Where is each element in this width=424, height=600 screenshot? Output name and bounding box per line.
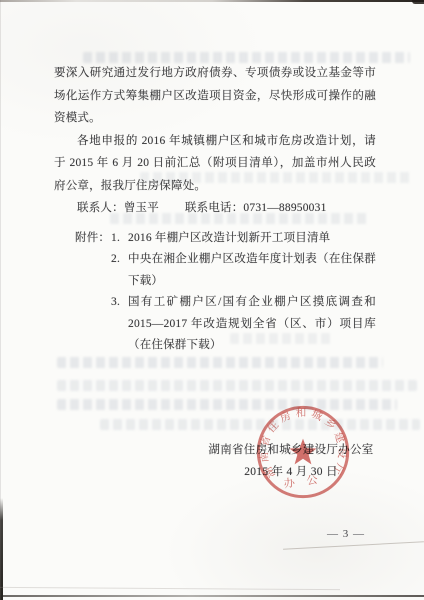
page-number: — 3 — [327,528,365,540]
attachment-item-title: 中央在湘企业棚户区改造年度计划表（在住保群下载） [128,249,376,292]
contact-person-name: 曾玉平 [124,202,159,214]
attachment-item-number: 2. [111,249,128,292]
contact-line: 联系人：曾玉平联系电话：0731—88950031 [54,197,376,220]
scan-edge-artifact-corner [412,0,424,4]
bleed-through-artifact [57,357,383,368]
paragraph-financing-continuation: 要深入研究通过发行地方政府债券、专项债券或设立基金等市场化运作方式筹集棚户区改造… [54,62,376,130]
scan-edge-artifact-bottom [0,595,424,597]
scan-edge-artifact-top [0,0,424,2]
paragraph-plan-submission: 各地申报的 2016 年城镇棚户区和城市危房改造计划，请于 2015 年 6 月… [54,130,376,198]
paper-crease-line [0,587,340,590]
attachment-item-title: 2016 年棚户区改造计划新开工项目清单 [128,228,376,250]
scan-edge-artifact-left-faint [0,0,1,600]
bleed-through-artifact [57,380,417,391]
scanned-document-page: 要深入研究通过发行地方政府债券、专项债券或设立基金等市场化运作方式筹集棚户区改造… [0,0,424,600]
official-seal-stamp: 湖南省住房和城乡建设厅 办 公 [253,402,353,502]
star-icon [289,439,316,465]
contact-phone-label: 联系电话： [185,202,244,214]
attachment-item-number: 3. [111,292,128,357]
attachment-item-title: 国有工矿棚户区/国有企业棚户区摸底调查和 2015—2017 年改造规划全省（区… [128,292,376,357]
document-body: 要深入研究通过发行地方政府债券、专项债券或设立基金等市场化运作方式筹集棚户区改造… [54,62,376,357]
contact-person-label: 联系人： [77,202,124,214]
paper-crease-line [283,541,424,549]
attachment-list-item: 3. 国有工矿棚户区/国有企业棚户区摸底调查和 2015—2017 年改造规划全… [111,292,376,357]
seal-bottom-text: 办 公 [283,471,323,490]
attachments-label: 附件： [75,228,111,250]
contact-phone-number: 0731—88950031 [243,202,326,214]
attachments-section: 附件： 1. 2016 年棚户区改造计划新开工项目清单 2. 中央在湘企业棚户区… [75,228,376,357]
attachment-list-item: 1. 2016 年棚户区改造计划新开工项目清单 [111,228,376,250]
attachments-list: 1. 2016 年棚户区改造计划新开工项目清单 2. 中央在湘企业棚户区改造年度… [111,228,376,357]
attachment-item-number: 1. [111,228,128,250]
attachment-list-item: 2. 中央在湘企业棚户区改造年度计划表（在住保群下载） [111,249,376,292]
